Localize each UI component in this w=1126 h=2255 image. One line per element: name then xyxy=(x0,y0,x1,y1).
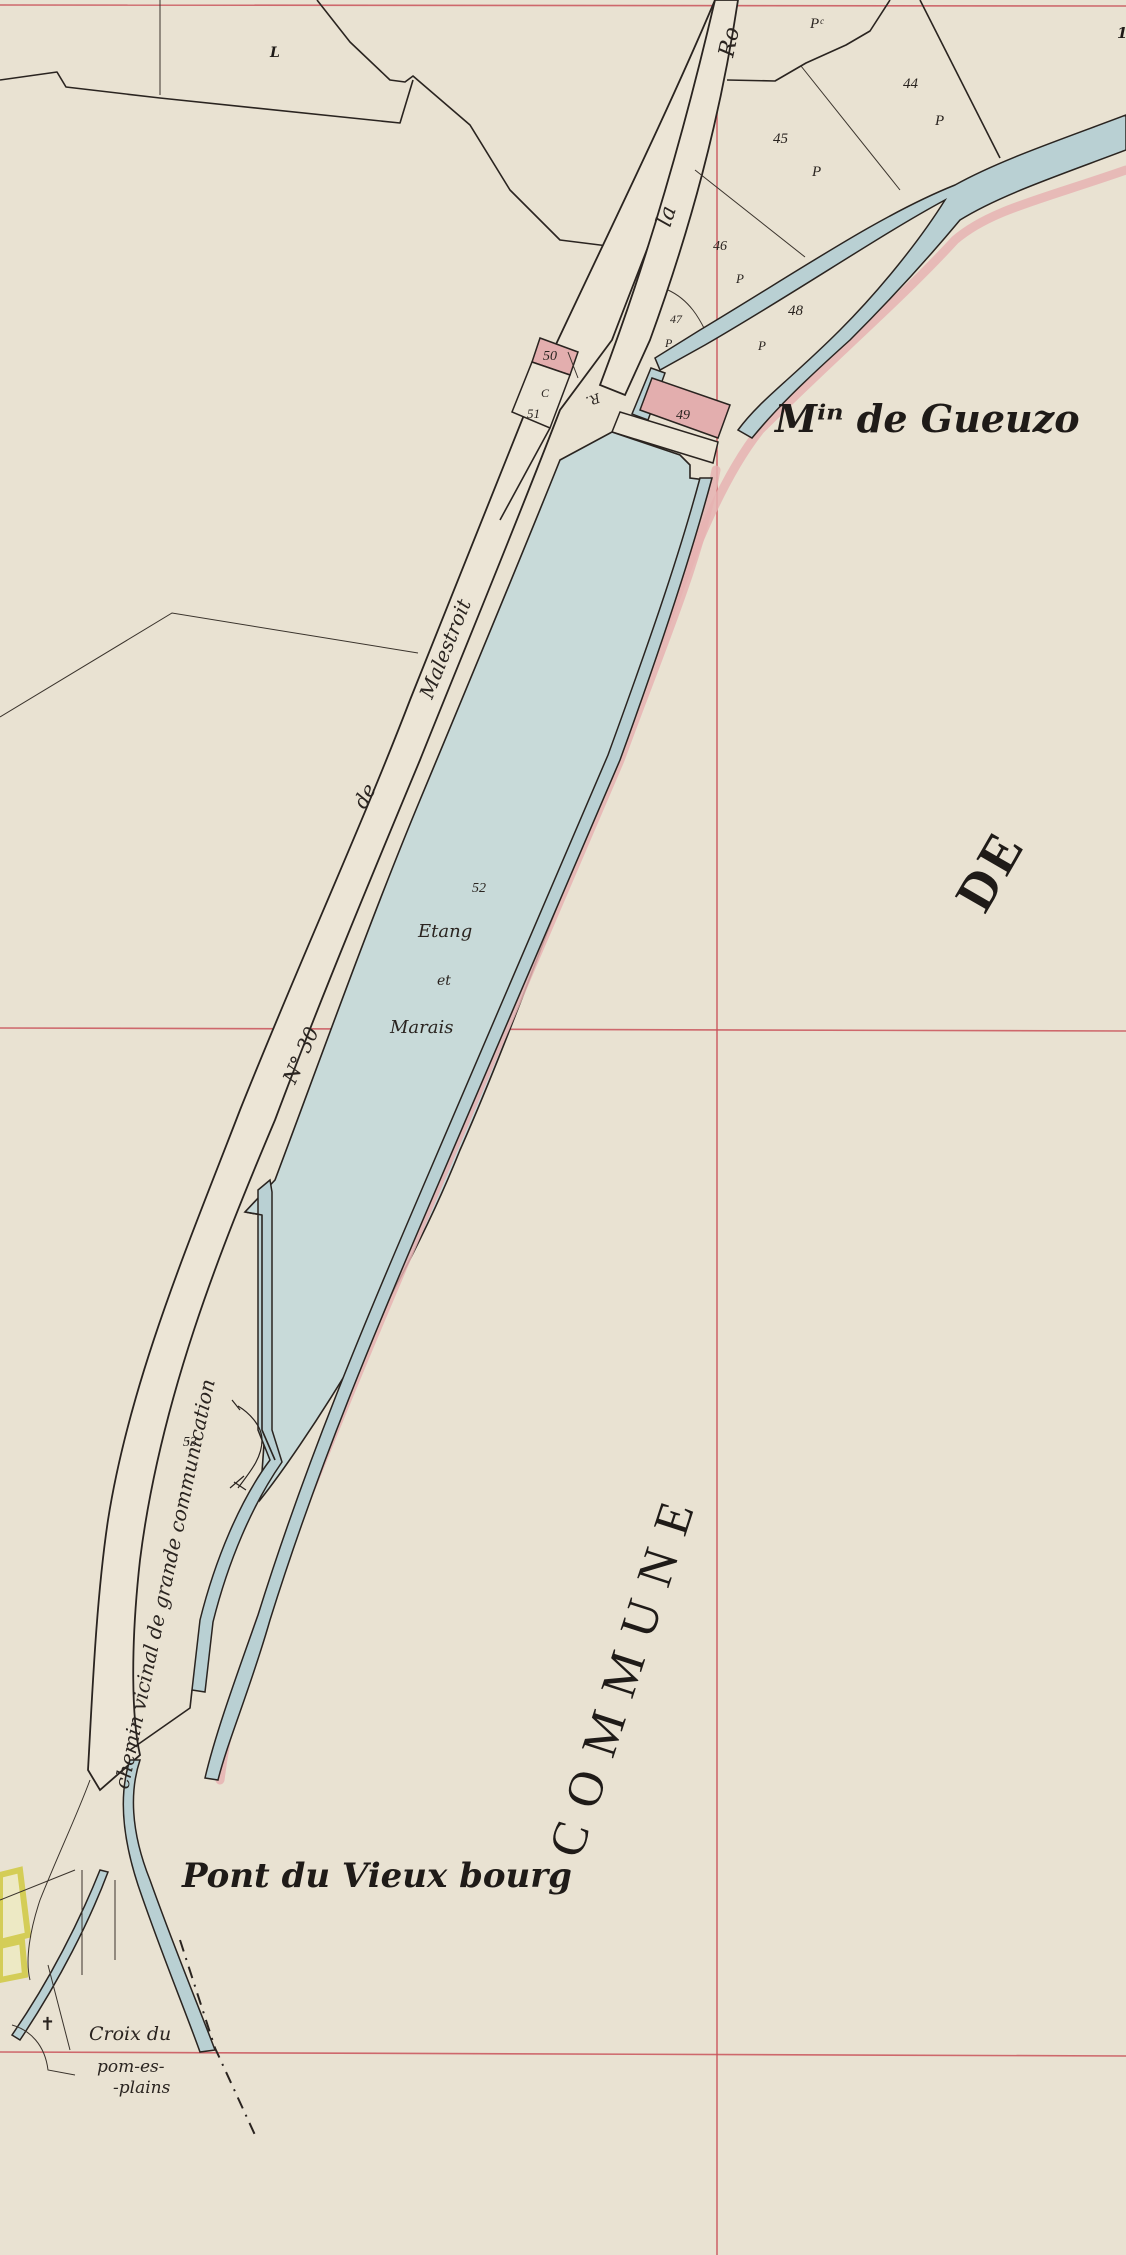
parcel-47-number: 47 xyxy=(670,312,683,326)
mill-label: Mⁱⁿ de Gueuzo xyxy=(773,396,1080,441)
pond-label-marais: Marais xyxy=(389,1017,454,1038)
pond-label-et: et xyxy=(437,973,451,989)
cross-label-line3: -plains xyxy=(113,2078,171,2098)
cross-label-line2: pom-es- xyxy=(97,2057,165,2077)
pond-label-etang: Etang xyxy=(417,921,472,942)
bridge-label: Pont du Vieux bourg xyxy=(181,1856,572,1896)
parcel-48-use: P xyxy=(757,338,766,353)
parcel-45-number: 45 xyxy=(773,131,789,147)
parcel-49-number: 49 xyxy=(676,408,690,423)
wayside-cross-icon: ✝ xyxy=(40,2014,55,2035)
parcel-47-use: P xyxy=(664,336,673,350)
cadastral-map: L 1 Pᶜ 44 P 45 P 46 P 47 P 48 P 49 50 C … xyxy=(0,0,1126,2255)
parcel-51-use: C xyxy=(541,386,550,400)
edge-number: 1 xyxy=(1117,24,1126,42)
yellow-buildings xyxy=(0,1870,28,1980)
parcel-44-number: 44 xyxy=(903,76,919,92)
use-mark-pc: Pᶜ xyxy=(809,16,824,32)
parcel-44-use: P xyxy=(934,113,944,129)
section-letter-L: L xyxy=(269,45,280,61)
parcel-46-number: 46 xyxy=(713,239,727,254)
parcel-50-number: 50 xyxy=(543,349,557,364)
parcel-51-number: 51 xyxy=(527,406,540,421)
parcel-52-number: 52 xyxy=(472,881,486,896)
cross-label-line1: Croix du xyxy=(89,2023,171,2045)
parcel-46-use: P xyxy=(735,271,744,286)
parcel-48-number: 48 xyxy=(788,303,804,319)
parcel-45-use: P xyxy=(811,164,821,180)
